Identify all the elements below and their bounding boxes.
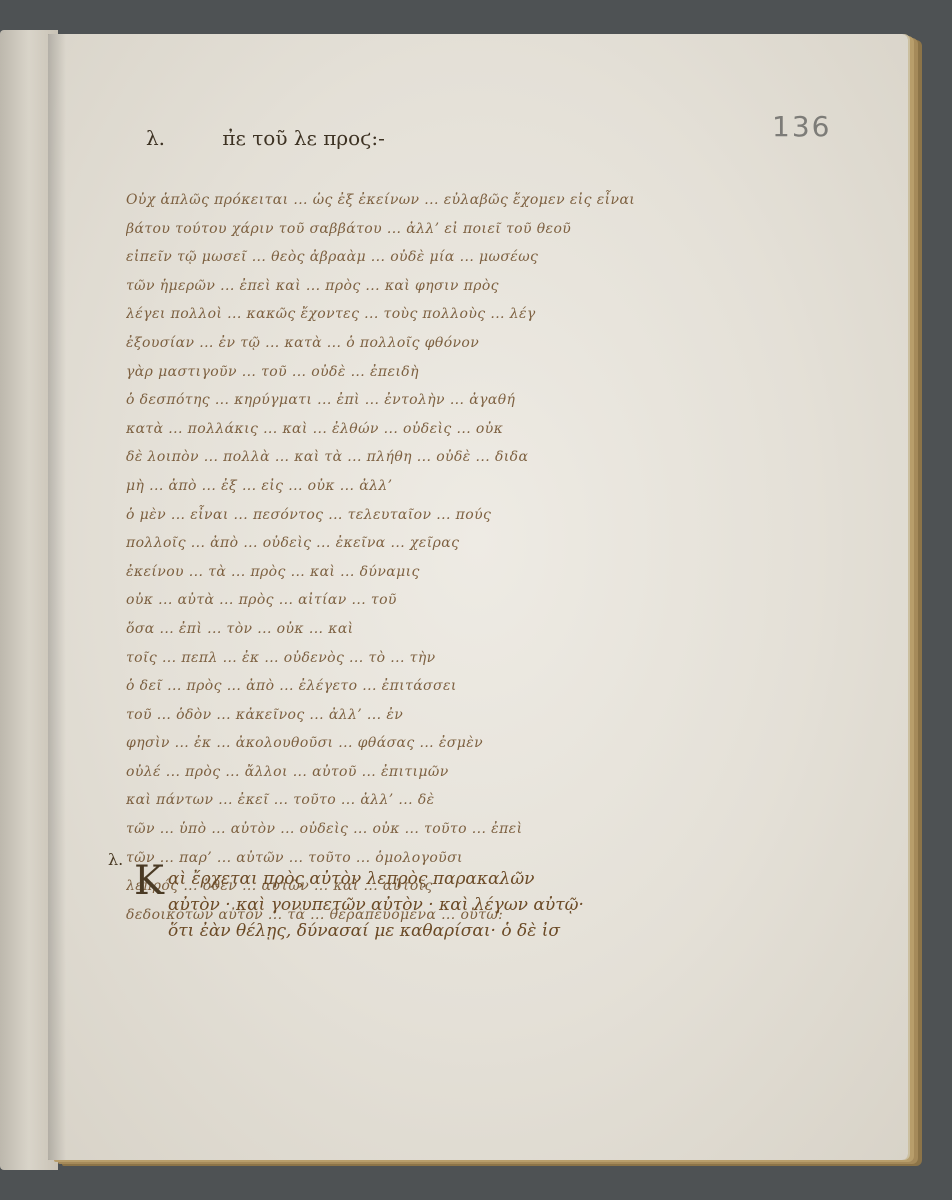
binding-gutter [48,34,66,1160]
text-line: οὐκ ... αὐτὰ ... πρὸς ... αἰτίαν ... τοῦ [126,586,786,615]
text-line: τῶν ἡμερῶν ... ἐπεὶ καὶ ... πρὸς ... καὶ… [126,272,786,301]
text-line: ὅσα ... ἐπὶ ... τὸν ... οὐκ ... καὶ [126,615,786,644]
text-line: ἐκείνου ... τὰ ... πρὸς ... καὶ ... δύνα… [126,558,786,587]
text-line: εἰπεῖν τῷ μωσεῖ ... θεὸς ἀβραὰμ ... οὐδὲ… [126,243,786,272]
decorated-initial: Κ [134,858,164,904]
text-line: Οὐχ ἁπλῶς πρόκειται ... ὡς ἐξ ἐκείνων ..… [126,186,786,215]
heading-text: π̓ε τοῦ λε προϛ:- [222,126,385,150]
text-line: πολλοῖς ... ἀπὸ ... οὐδεὶς ... ἐκεῖνα ..… [126,529,786,558]
text-line: ἐξουσίαν ... ἐν τῷ ... κατὰ ... ὁ πολλοῖ… [126,329,786,358]
lemma-line: αὶ ἔρχεται πρὸς αὐτὸν λεπρὸς παρακαλῶν [168,866,688,892]
text-line: λέγει πολλοὶ ... κακῶς ἔχοντες ... τοὺς … [126,300,786,329]
text-line: ὁ δεσπότης ... κηρύγματι ... ἐπὶ ... ἐντ… [126,386,786,415]
gospel-lemma-text: αὶ ἔρχεται πρὸς αὐτὸν λεπρὸς παρακαλῶναὐ… [168,866,688,944]
section-marker: λ. [108,850,123,869]
lemma-line: ὅτι ἐὰν θέλῃς, δύνασαί με καθαρίσαι· ὁ δ… [168,918,688,944]
folio-number: 136 [772,110,831,143]
text-line: ὁ δεῖ ... πρὸς ... ἀπὸ ... ἐλέγετο ... ἐ… [126,672,786,701]
commentary-text-block: Οὐχ ἁπλῶς πρόκειται ... ὡς ἐξ ἐκείνων ..… [126,186,786,929]
text-line: οὐλέ ... πρὸς ... ἄλλοι ... αὐτοῦ ... ἐπ… [126,758,786,787]
lemma-line: αὐτὸν · καὶ γονυπετῶν αὐτὸν · καὶ λέγων … [168,892,688,918]
heading-marker: λ. [146,126,216,150]
text-line: φησὶν ... ἐκ ... ἀκολουθοῦσι ... φθάσας … [126,729,786,758]
text-line: τῶν ... ὑπὸ ... αὐτὸν ... οὐδεὶς ... οὐκ… [126,815,786,844]
text-line: δὲ λοιπὸν ... πολλὰ ... καὶ τὰ ... πλήθη… [126,443,786,472]
text-line: τοῦ ... ὁδὸν ... κἀκεῖνος ... ἀλλ’ ... ἐ… [126,701,786,730]
text-line: καὶ πάντων ... ἐκεῖ ... τοῦτο ... ἀλλ’ .… [126,786,786,815]
text-line: κατὰ ... πολλάκις ... καὶ ... ἐλθών ... … [126,415,786,444]
chapter-heading: λ. π̓ε τοῦ λε προϛ:- [146,126,385,150]
text-line: ὁ μὲν ... εἶναι ... πεσόντος ... τελευτα… [126,501,786,530]
text-line: μὴ ... ἀπὸ ... ἐξ ... εἰς ... οὐκ ... ἀλ… [126,472,786,501]
text-line: τοῖς ... πεπλ ... ἐκ ... οὐδενὸς ... τὸ … [126,644,786,673]
text-line: γὰρ μαστιγοῦν ... τοῦ ... οὐδὲ ... ἐπειδ… [126,358,786,387]
text-line: βάτου τούτου χάριν τοῦ σαββάτου ... ἀλλ’… [126,215,786,244]
